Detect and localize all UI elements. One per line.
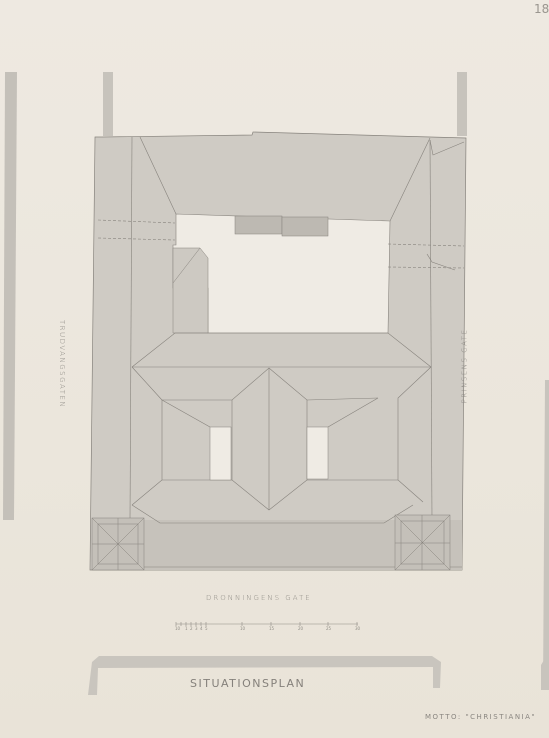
stair-block-a: [235, 216, 282, 234]
scale-label-9: 25: [326, 626, 331, 631]
scale-label-0: 10: [175, 626, 180, 631]
adjacent-stub-right: [457, 72, 467, 136]
scale-label-2: 2: [190, 626, 193, 631]
adjacent-stub-left: [103, 72, 113, 136]
street-label-right: PRINSENS GATE: [461, 328, 469, 403]
scale-label-5: 5: [205, 626, 208, 631]
drawing-sheet: 18: [0, 0, 549, 738]
scale-label-1: 1: [185, 626, 188, 631]
neighbour-strip-left: [3, 72, 17, 520]
scale-label-4: 4: [200, 626, 203, 631]
scale-label-3: 3: [195, 626, 198, 631]
scale-label-10: 30: [355, 626, 360, 631]
scale-label-8: 20: [298, 626, 303, 631]
building-block: [90, 132, 466, 570]
motto-label: MOTTO: "CHRISTIANIA": [425, 713, 536, 721]
corner-tower-right: [395, 515, 450, 570]
scale-label-7: 15: [269, 626, 274, 631]
scale-label-6: 10: [240, 626, 245, 631]
stair-block-b: [282, 217, 328, 236]
neighbour-strip-right: [543, 380, 549, 690]
corner-tower-left: [92, 518, 144, 570]
street-label-bottom: DRONNINGENS GATE: [206, 594, 312, 602]
light-well-left: [210, 427, 231, 480]
light-well-right: [307, 427, 328, 479]
drawing-title: SITUATIONSPLAN: [190, 677, 305, 690]
street-label-left: TRUDVANGSGATEN: [58, 320, 66, 408]
